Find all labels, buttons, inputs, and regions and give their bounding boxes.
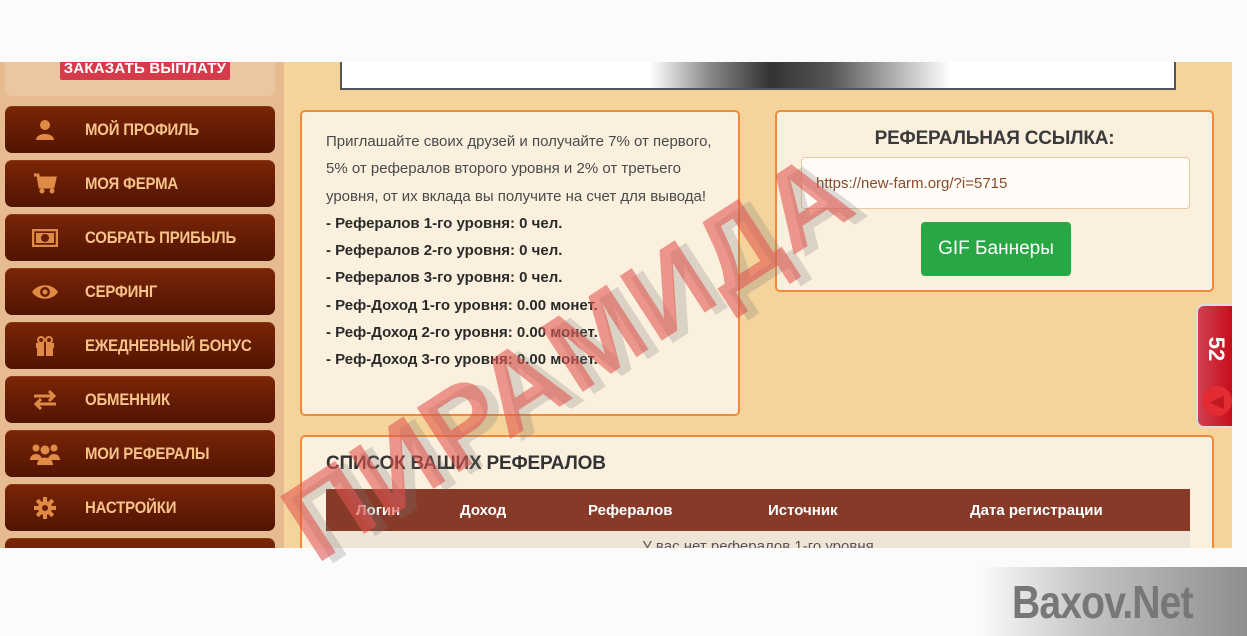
referral-link-title: РЕФЕРАЛЬНАЯ ССЫЛКА:: [777, 128, 1212, 150]
page-viewport: ЗАКАЗАТЬ ВЫПЛАТУ МОЙ ПРОФИЛЬ МОЯ ФЕРМА С…: [0, 62, 1232, 548]
sidebar-item-label: МОЙ ПРОФИЛЬ: [85, 120, 199, 140]
sidebar-item-label: МОЯ ФЕРМА: [85, 174, 178, 194]
referral-link-panel: РЕФЕРАЛЬНАЯ ССЫЛКА: GIF Баннеры: [775, 110, 1214, 292]
sidebar-item-profile[interactable]: МОЙ ПРОФИЛЬ: [5, 106, 275, 153]
arrow-left-icon[interactable]: ◀: [1202, 386, 1232, 416]
table-row: У вас нет рефералов 1-го уровня: [326, 531, 1190, 548]
site-watermark-text: Baxov.Net: [1012, 575, 1193, 629]
stat-referrals-level-2: - Рефералов 2-го уровня: 0 чел.: [326, 237, 714, 264]
gift-icon: [5, 335, 85, 357]
column-login: Логин: [326, 489, 430, 531]
stat-income-level-3: - Реф-Доход 3-го уровня: 0.00 монет.: [326, 346, 714, 373]
sidebar-item-label: МОИ РЕФЕРАЛЫ: [85, 444, 209, 464]
sidebar-item-label: СЕРФИНГ: [85, 282, 157, 302]
sidebar-item-label: НАСТРОЙКИ: [85, 498, 176, 518]
stat-referrals-level-3: - Рефералов 3-го уровня: 0 чел.: [326, 264, 714, 291]
column-referrals: Рефералов: [558, 489, 738, 531]
sidebar-item-referrals[interactable]: МОИ РЕФЕРАЛЫ: [5, 430, 275, 477]
stat-income-level-1: - Реф-Доход 1-го уровня: 0.00 монет.: [326, 292, 714, 319]
stat-referrals-level-1: - Рефералов 1-го уровня: 0 чел.: [326, 210, 714, 237]
notification-count: 52: [1203, 337, 1229, 361]
table-header-row: Логин Доход Рефералов Источник Дата реги…: [326, 489, 1190, 531]
referral-info-panel: Приглашайте своих друзей и получайте 7% …: [300, 110, 740, 416]
gear-icon: [5, 497, 85, 519]
sidebar-item-label: ЕЖЕДНЕВНЫЙ БОНУС: [85, 336, 252, 356]
column-source: Источник: [738, 489, 940, 531]
sidebar: ЗАКАЗАТЬ ВЫПЛАТУ МОЙ ПРОФИЛЬ МОЯ ФЕРМА С…: [0, 62, 284, 548]
exchange-icon: [5, 390, 85, 410]
sidebar-item-label: СОБРАТЬ ПРИБЫЛЬ: [85, 228, 236, 248]
empty-referrals-message: У вас нет рефералов 1-го уровня: [326, 531, 1190, 548]
sidebar-item-collect-profit[interactable]: СОБРАТЬ ПРИБЫЛЬ: [5, 214, 275, 261]
sidebar-item-next[interactable]: [5, 538, 275, 548]
referral-stats: - Рефералов 1-го уровня: 0 чел. - Рефера…: [326, 210, 714, 374]
sidebar-item-daily-bonus[interactable]: ЕЖЕДНЕВНЫЙ БОНУС: [5, 322, 275, 369]
referrals-list-panel: СПИСОК ВАШИХ РЕФЕРАЛОВ Логин Доход Рефер…: [300, 435, 1214, 548]
side-notification-widget[interactable]: 52 ◀: [1196, 304, 1232, 428]
referral-intro-text: Приглашайте своих друзей и получайте 7% …: [326, 128, 714, 210]
money-icon: [5, 229, 85, 247]
payout-box: ЗАКАЗАТЬ ВЫПЛАТУ: [5, 62, 275, 96]
sidebar-item-settings[interactable]: НАСТРОЙКИ: [5, 484, 275, 531]
stat-income-level-2: - Реф-Доход 2-го уровня: 0.00 монет.: [326, 319, 714, 346]
column-registration-date: Дата регистрации: [940, 489, 1190, 531]
sidebar-item-surfing[interactable]: СЕРФИНГ: [5, 268, 275, 315]
users-icon: [5, 442, 85, 466]
order-payout-button[interactable]: ЗАКАЗАТЬ ВЫПЛАТУ: [60, 62, 230, 80]
user-icon: [5, 119, 85, 141]
referrals-table: Логин Доход Рефералов Источник Дата реги…: [326, 489, 1190, 548]
referral-link-input[interactable]: [801, 157, 1190, 209]
sidebar-item-exchanger[interactable]: ОБМЕННИК: [5, 376, 275, 423]
gif-banners-button[interactable]: GIF Баннеры: [921, 222, 1071, 276]
site-watermark: Baxov.Net: [980, 567, 1247, 636]
column-income: Доход: [430, 489, 558, 531]
sidebar-item-label: ОБМЕННИК: [85, 390, 170, 410]
eye-icon: [5, 283, 85, 301]
referrals-list-title: СПИСОК ВАШИХ РЕФЕРАЛОВ: [326, 453, 606, 475]
sidebar-item-farm[interactable]: МОЯ ФЕРМА: [5, 160, 275, 207]
banner-car-image: [650, 62, 950, 88]
top-banner: [340, 62, 1176, 90]
cart-icon: [5, 173, 85, 195]
